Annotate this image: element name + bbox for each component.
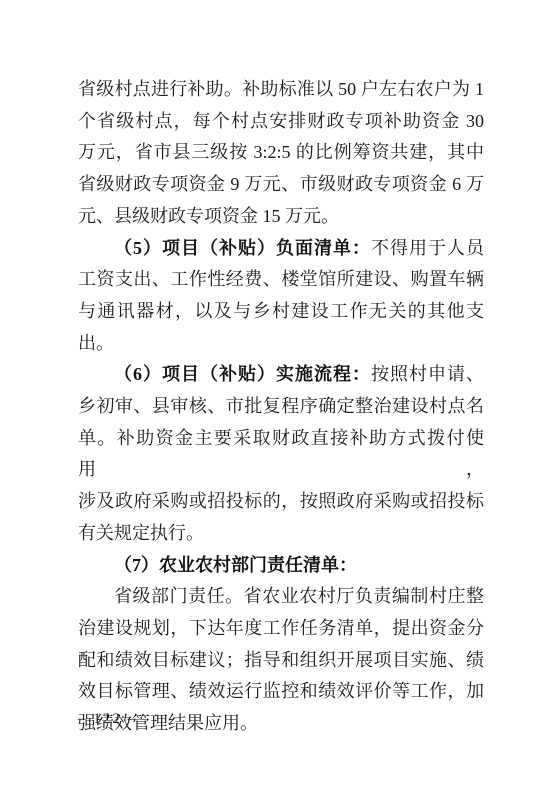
text-line: 省级村点进行补助。补助标准以 50 户左右农户为 1 <box>78 74 484 106</box>
text-run: 乡初审、县审核、市批复程序确定整治建设村点名 <box>78 396 484 416</box>
text-run: 出。 <box>78 333 114 353</box>
text-line: 出。 <box>78 328 484 360</box>
text-line: 元、县级财政专项资金 15 万元。 <box>78 201 484 233</box>
heading-run: （5）项目（补贴）负面清单： <box>114 238 371 258</box>
text-run: 省级部门责任。省农业农村厅负责编制村庄整 <box>114 586 484 606</box>
text-line: （7）农业农村部门责任清单： <box>78 550 484 582</box>
heading-run: （7）农业农村部门责任清单： <box>114 555 357 575</box>
text-run: 有关规定执行。 <box>78 523 204 543</box>
text-line: 个省级村点，每个村点安排财政专项补助资金 30 <box>78 106 484 138</box>
paragraph: 省级村点进行补助。补助标准以 50 户左右农户为 1个省级村点，每个村点安排财政… <box>78 74 484 233</box>
text-line: （6）项目（补贴）实施流程：按照村申请、 <box>78 359 484 391</box>
text-run: 单。补助资金主要采取财政直接补助方式拨付使用， <box>78 428 484 480</box>
text-run: 涉及政府采购或招投标的，按照政府采购或招投标 <box>78 491 484 511</box>
page-number: – 122 – <box>78 709 137 729</box>
text-line: 工资支出、工作性经费、楼堂馆所建设、购置车辆 <box>78 264 484 296</box>
text-run: 工资支出、工作性经费、楼堂馆所建设、购置车辆 <box>78 269 484 289</box>
text-run: 按照村申请、 <box>371 364 484 384</box>
text-run: 效目标管理、绩效运行监控和绩效评价等工作，加 <box>78 681 484 701</box>
text-line: 有关规定执行。 <box>78 518 484 550</box>
document-page: 省级村点进行补助。补助标准以 50 户左右农户为 1个省级村点，每个村点安排财政… <box>0 0 559 793</box>
text-line: 涉及政府采购或招投标的，按照政府采购或招投标 <box>78 486 484 518</box>
text-line: 治建设规划，下达年度工作任务清单，提出资金分 <box>78 613 484 645</box>
text-line: 效目标管理、绩效运行监控和绩效评价等工作，加 <box>78 676 484 708</box>
text-run: 元、县级财政专项资金 15 万元。 <box>78 206 339 226</box>
text-run: 省级村点进行补助。补助标准以 50 户左右农户为 1 <box>78 79 484 99</box>
text-line: 乡初审、县审核、市批复程序确定整治建设村点名 <box>78 391 484 423</box>
text-run: 配和绩效目标建议；指导和组织开展项目实施、绩 <box>78 650 484 670</box>
text-line: 省级部门责任。省农业农村厅负责编制村庄整 <box>78 581 484 613</box>
text-line: 强绩效管理结果应用。 <box>78 708 484 740</box>
text-line: 万元，省市县三级按 3:2:5 的比例筹资共建，其中 <box>78 137 484 169</box>
text-run: 治建设规划，下达年度工作任务清单，提出资金分 <box>78 618 484 638</box>
text-run: 万元，省市县三级按 3:2:5 的比例筹资共建，其中 <box>78 142 484 162</box>
paragraph: 省级部门责任。省农业农村厅负责编制村庄整治建设规划，下达年度工作任务清单，提出资… <box>78 581 484 740</box>
heading-run: （6）项目（补贴）实施流程： <box>114 364 371 384</box>
text-line: （5）项目（补贴）负面清单：不得用于人员 <box>78 233 484 265</box>
text-line: 配和绩效目标建议；指导和组织开展项目实施、绩 <box>78 645 484 677</box>
paragraph: （7）农业农村部门责任清单： <box>78 550 484 582</box>
text-run: 不得用于人员 <box>371 238 484 258</box>
paragraph: （5）项目（补贴）负面清单：不得用于人员工资支出、工作性经费、楼堂馆所建设、购置… <box>78 233 484 360</box>
document-body: 省级村点进行补助。补助标准以 50 户左右农户为 1个省级村点，每个村点安排财政… <box>78 74 484 740</box>
text-run: 与通讯器材，以及与乡村建设工作无关的其他支 <box>78 301 484 321</box>
text-line: 省级财政专项资金 9 万元、市级财政专项资金 6 万 <box>78 169 484 201</box>
text-line: 与通讯器材，以及与乡村建设工作无关的其他支 <box>78 296 484 328</box>
text-line: 单。补助资金主要采取财政直接补助方式拨付使用， <box>78 423 484 486</box>
paragraph: （6）项目（补贴）实施流程：按照村申请、乡初审、县审核、市批复程序确定整治建设村… <box>78 359 484 549</box>
text-run: 个省级村点，每个村点安排财政专项补助资金 30 <box>78 111 484 131</box>
text-run: 省级财政专项资金 9 万元、市级财政专项资金 6 万 <box>78 174 484 194</box>
